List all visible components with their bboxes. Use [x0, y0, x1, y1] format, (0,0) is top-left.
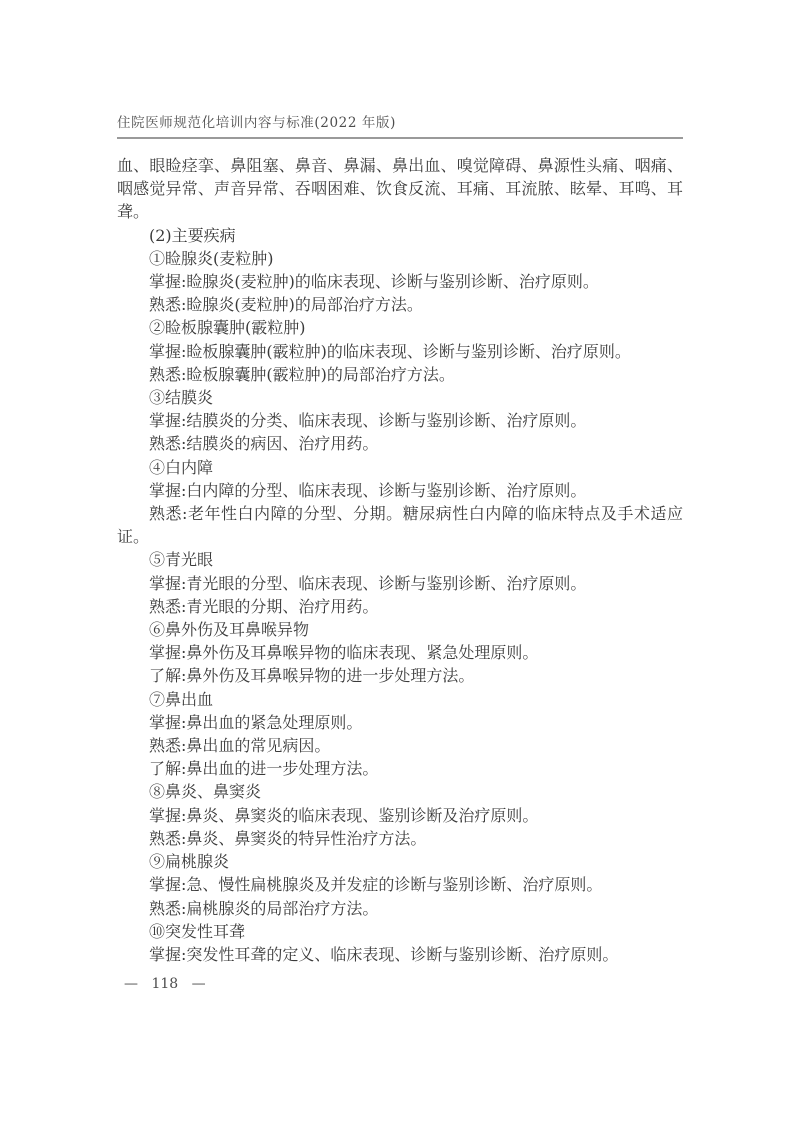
body-paragraph: 血、眼睑痉挛、鼻阻塞、鼻音、鼻漏、鼻出血、嗅觉障碍、鼻源性头痛、咽痛、咽感觉异常… — [117, 154, 683, 224]
body-paragraph: ⑩突发性耳聋 — [117, 920, 683, 943]
running-header: 住院医师规范化培训内容与标准(2022 年版) — [117, 114, 683, 132]
body-paragraph: 熟悉:睑腺炎(麦粒肿)的局部治疗方法。 — [117, 293, 683, 316]
body-paragraph: 掌握:鼻出血的紧急处理原则。 — [117, 711, 683, 734]
body-paragraph: ⑨扁桃腺炎 — [117, 850, 683, 873]
body-paragraph: 掌握:白内障的分型、临床表现、诊断与鉴别诊断、治疗原则。 — [117, 479, 683, 502]
page-body: 血、眼睑痉挛、鼻阻塞、鼻音、鼻漏、鼻出血、嗅觉障碍、鼻源性头痛、咽痛、咽感觉异常… — [117, 154, 683, 966]
body-paragraph: ④白内障 — [117, 456, 683, 479]
body-paragraph: 熟悉:睑板腺囊肿(霰粒肿)的局部治疗方法。 — [117, 363, 683, 386]
body-paragraph: ①睑腺炎(麦粒肿) — [117, 247, 683, 270]
body-paragraph: 掌握:睑腺炎(麦粒肿)的临床表现、诊断与鉴别诊断、治疗原则。 — [117, 270, 683, 293]
body-paragraph: 了解:鼻出血的进一步处理方法。 — [117, 757, 683, 780]
body-paragraph: 熟悉:扁桃腺炎的局部治疗方法。 — [117, 897, 683, 920]
body-paragraph: ⑤青光眼 — [117, 548, 683, 571]
body-paragraph: 掌握:突发性耳聋的定义、临床表现、诊断与鉴别诊断、治疗原则。 — [117, 943, 683, 966]
footer-page-number: — 118 — — [124, 976, 206, 992]
body-paragraph: 掌握:睑板腺囊肿(霰粒肿)的临床表现、诊断与鉴别诊断、治疗原则。 — [117, 340, 683, 363]
running-header-title: 住院医师规范化培训内容与标准(2022 年版) — [117, 115, 396, 131]
body-paragraph: 熟悉:老年性白内障的分型、分期。糖尿病性白内障的临床特点及手术适应证。 — [117, 502, 683, 548]
body-paragraph: ②睑板腺囊肿(霰粒肿) — [117, 316, 683, 339]
body-paragraph: 掌握:鼻炎、鼻窦炎的临床表现、鉴别诊断及治疗原则。 — [117, 804, 683, 827]
body-paragraph: 熟悉:青光眼的分期、治疗用药。 — [117, 595, 683, 618]
body-paragraph: 掌握:结膜炎的分类、临床表现、诊断与鉴别诊断、治疗原则。 — [117, 409, 683, 432]
body-paragraph: 掌握:青光眼的分型、临床表现、诊断与鉴别诊断、治疗原则。 — [117, 572, 683, 595]
body-paragraph: 熟悉:结膜炎的病因、治疗用药。 — [117, 432, 683, 455]
page-footer: — 118 — — [124, 976, 206, 992]
body-paragraph: 熟悉:鼻炎、鼻窦炎的特异性治疗方法。 — [117, 827, 683, 850]
body-paragraph: ⑥鼻外伤及耳鼻喉异物 — [117, 618, 683, 641]
body-paragraph: ③结膜炎 — [117, 386, 683, 409]
document-page: 住院医师规范化培训内容与标准(2022 年版) 血、眼睑痉挛、鼻阻塞、鼻音、鼻漏… — [0, 0, 800, 1131]
body-paragraph: 掌握:急、慢性扁桃腺炎及并发症的诊断与鉴别诊断、治疗原则。 — [117, 873, 683, 896]
body-paragraph: 掌握:鼻外伤及耳鼻喉异物的临床表现、紧急处理原则。 — [117, 641, 683, 664]
body-paragraph: ⑦鼻出血 — [117, 688, 683, 711]
header-rule-divider — [117, 137, 683, 139]
body-paragraph: 熟悉:鼻出血的常见病因。 — [117, 734, 683, 757]
body-paragraph: ⑧鼻炎、鼻窦炎 — [117, 780, 683, 803]
body-paragraph: (2)主要疾病 — [117, 224, 683, 247]
body-paragraph: 了解:鼻外伤及耳鼻喉异物的进一步处理方法。 — [117, 664, 683, 687]
